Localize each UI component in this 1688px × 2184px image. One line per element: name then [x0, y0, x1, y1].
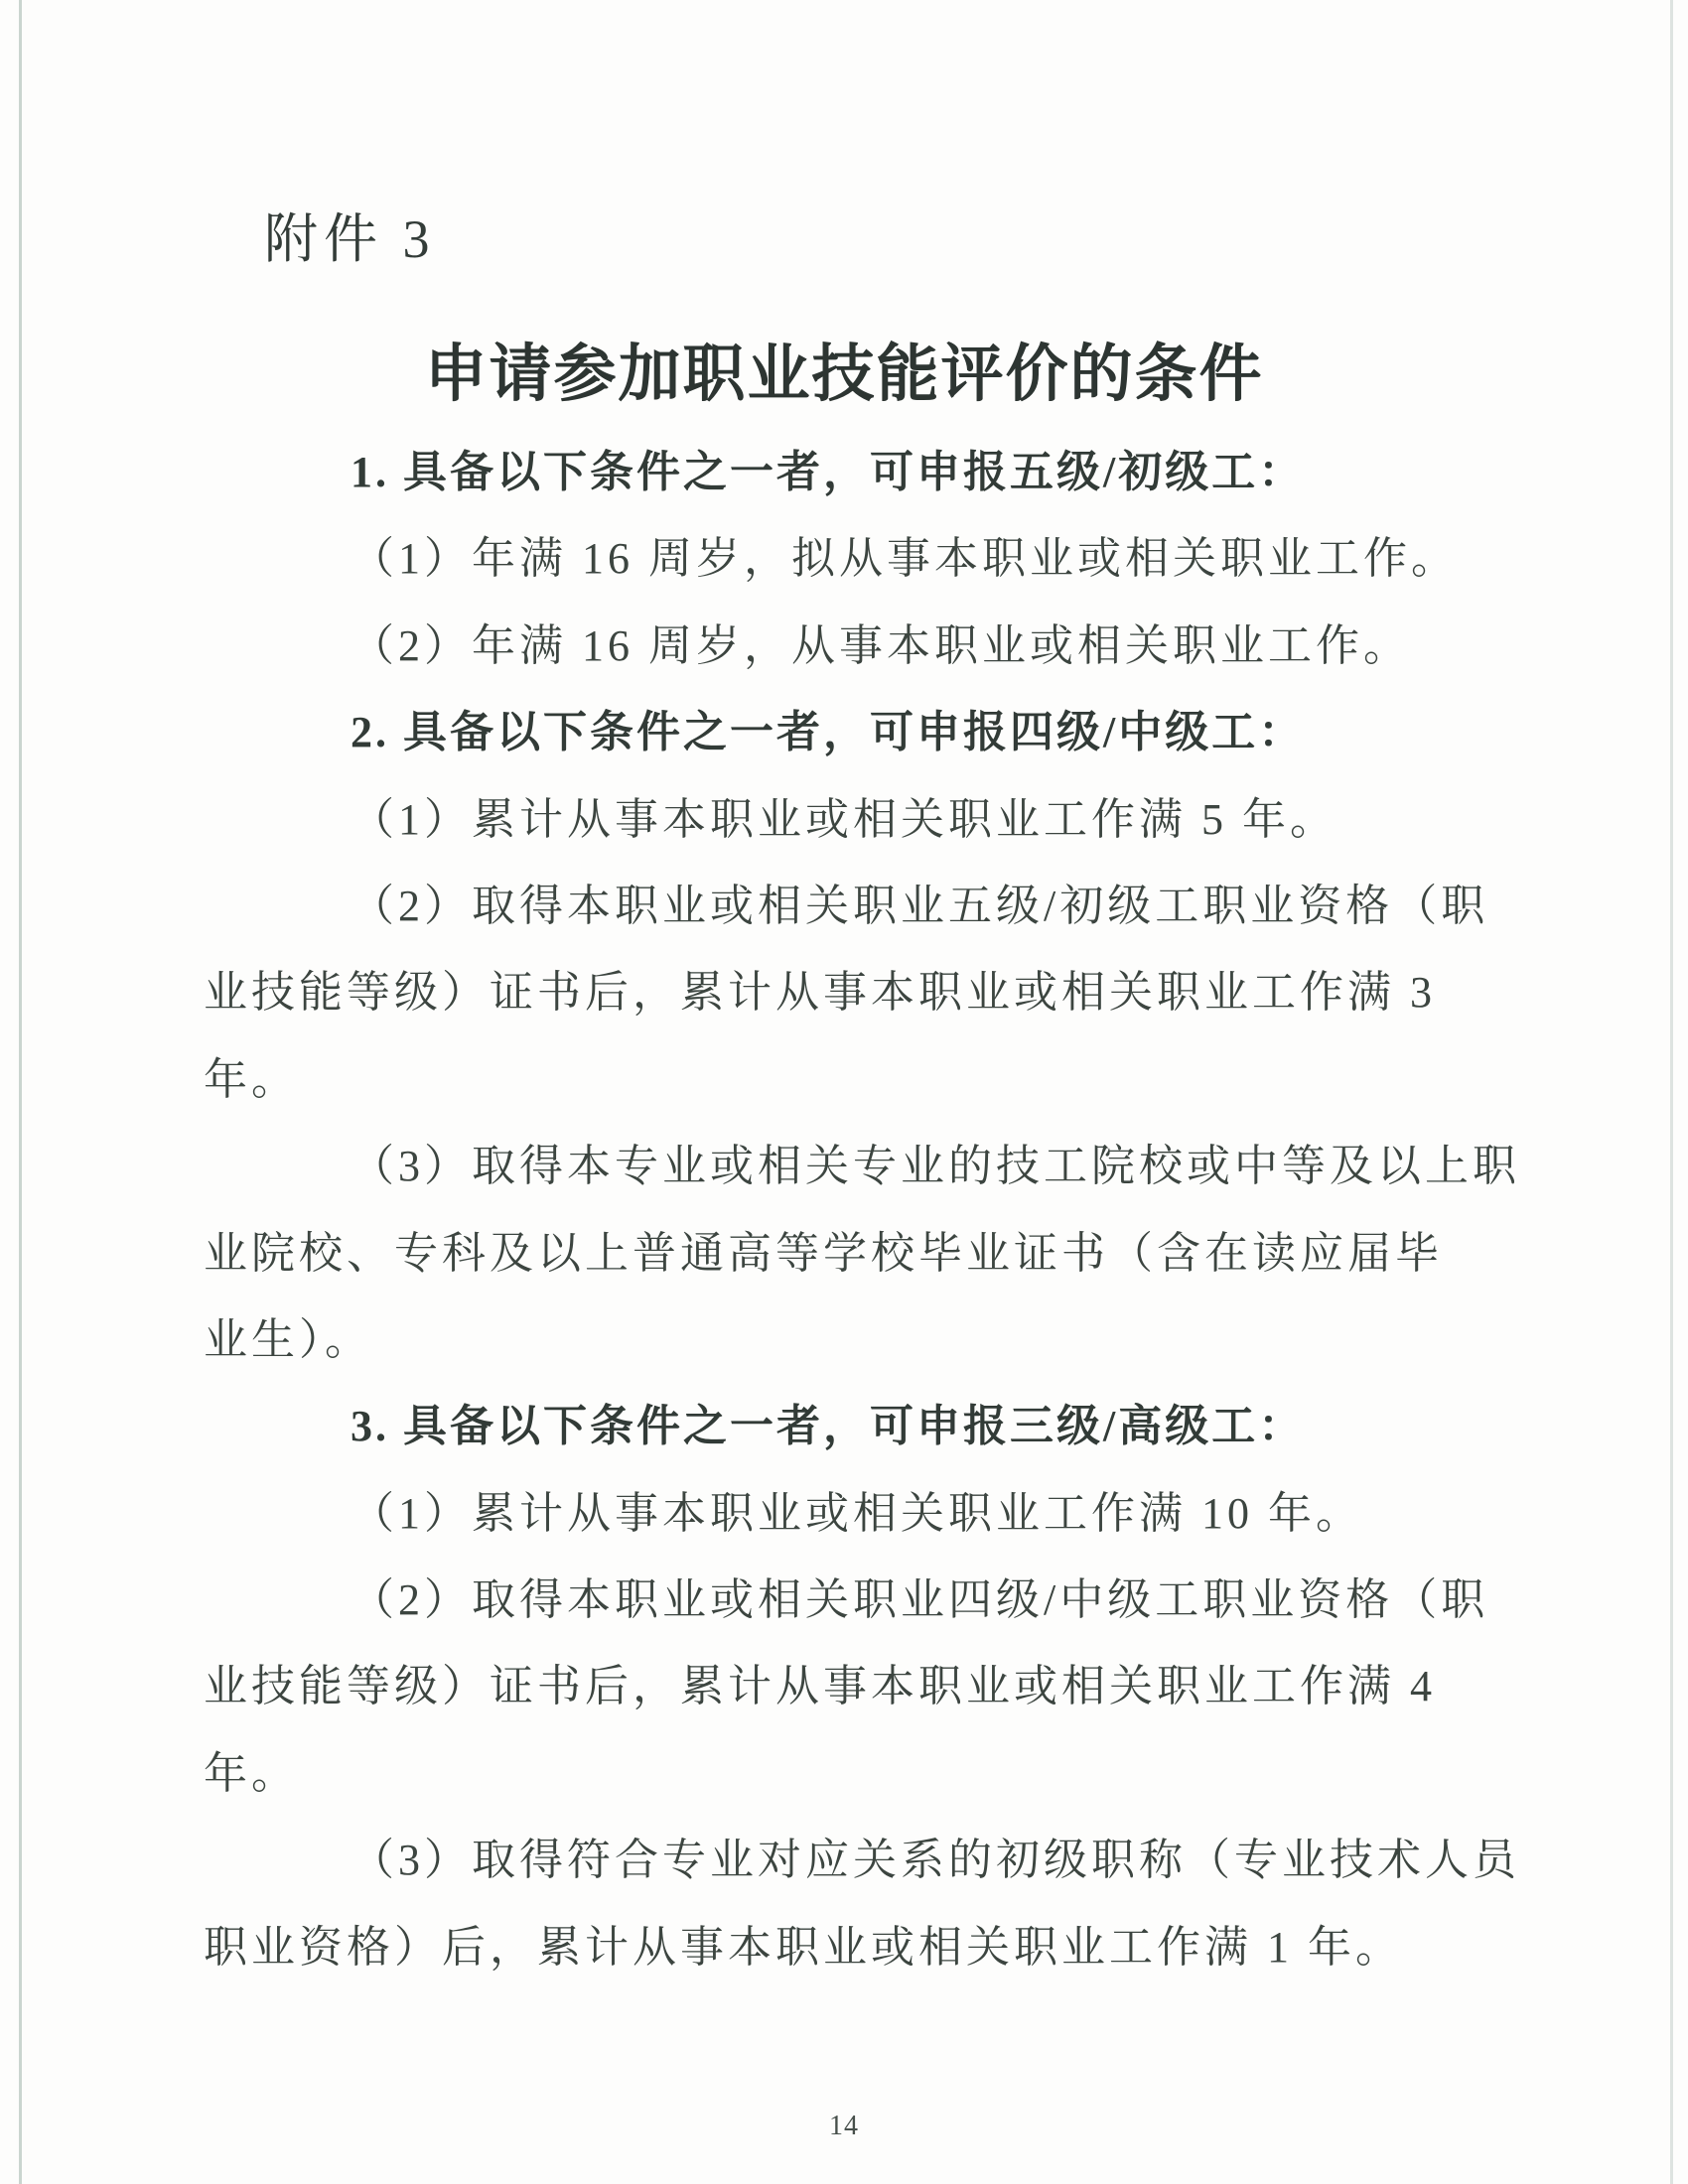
- scan-edge-line-left: [19, 0, 22, 2184]
- section-heading-level5: 1. 具备以下条件之一者，可申报五级/初级工：: [204, 445, 1514, 531]
- scan-edge-line-right: [1670, 0, 1673, 2184]
- doc-line: （2）取得本职业或相关职业五级/初级工职业资格（职: [204, 879, 1514, 965]
- doc-line: 业生）。: [204, 1312, 1514, 1399]
- doc-line: （1）累计从事本职业或相关职业工作满 5 年。: [204, 792, 1514, 879]
- doc-line: 年。: [204, 1746, 1514, 1833]
- doc-line: 年。: [204, 1052, 1514, 1139]
- doc-line: （3）取得符合专业对应关系的初级职称（专业技术人员: [204, 1833, 1514, 1919]
- doc-line: （2）取得本职业或相关职业四级/中级工职业资格（职: [204, 1572, 1514, 1659]
- doc-line: （2）年满 16 周岁，从事本职业或相关职业工作。: [204, 618, 1514, 705]
- doc-line: 业技能等级）证书后，累计从事本职业或相关职业工作满 4: [204, 1659, 1514, 1745]
- doc-line: 业技能等级）证书后，累计从事本职业或相关职业工作满 3: [204, 965, 1514, 1051]
- doc-line: （1）年满 16 周岁，拟从事本职业或相关职业工作。: [204, 531, 1514, 617]
- doc-line: （1）累计从事本职业或相关职业工作满 10 年。: [204, 1486, 1514, 1572]
- attachment-label: 附件 3: [264, 197, 436, 273]
- doc-line: （3）取得本专业或相关专业的技工院校或中等及以上职: [204, 1139, 1514, 1225]
- document-title: 申请参加职业技能评价的条件: [199, 324, 1489, 414]
- doc-line: 职业资格）后，累计从事本职业或相关职业工作满 1 年。: [204, 1920, 1514, 2006]
- scanned-document-page: 附件 3 申请参加职业技能评价的条件 1. 具备以下条件之一者，可申报五级/初级…: [0, 0, 1688, 2184]
- doc-line: 业院校、专科及以上普通高等学校毕业证书（含在读应届毕: [204, 1226, 1514, 1312]
- document-body: 1. 具备以下条件之一者，可申报五级/初级工： （1）年满 16 周岁，拟从事本…: [204, 445, 1514, 2006]
- section-heading-level4: 2. 具备以下条件之一者，可申报四级/中级工：: [204, 705, 1514, 791]
- page-number: 14: [199, 2111, 1489, 2142]
- section-heading-level3: 3. 具备以下条件之一者，可申报三级/高级工：: [204, 1399, 1514, 1485]
